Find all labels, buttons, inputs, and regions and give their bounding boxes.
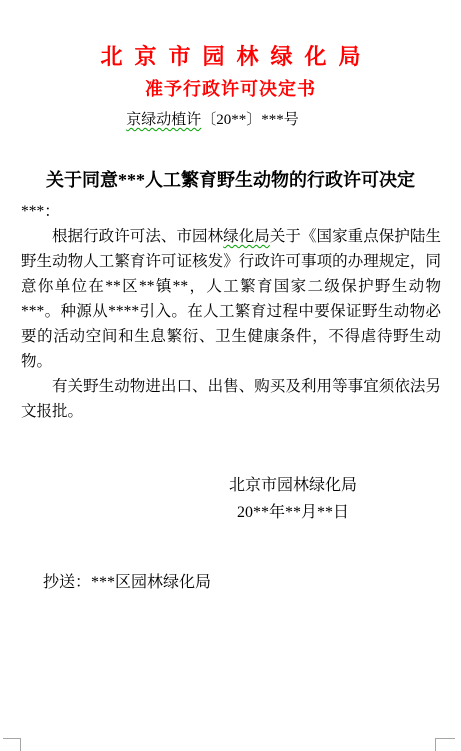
paragraph-1-text-before: 根据行政许可法、市园林 — [52, 228, 223, 245]
salutation-line: ***： — [21, 199, 441, 224]
document-number: 京绿动植许〔20**〕***号 — [0, 112, 443, 128]
cc-line: 抄送：***区园林绿化局 — [0, 572, 461, 594]
document-body: ***： 根据行政许可法、市园林绿化局关于《国家重点保护陆生野生动物人工繁育许可… — [21, 199, 441, 424]
paragraph-2: 有关野生动物进出口、出售、购买及利用等事宜须依法另文报批。 — [21, 374, 441, 424]
document-type-title: 准予行政许可决定书 — [0, 79, 461, 99]
signature-date: 20**年**月**日 — [228, 499, 358, 526]
signature-block: 北京市园林绿化局 20**年**月**日 — [228, 472, 358, 526]
document-number-prefix: 京绿动植许 — [126, 112, 201, 128]
authority-title: 北京市园林绿化局 — [0, 0, 461, 69]
paragraph-1-spellcheck-word: 绿化局 — [223, 228, 270, 245]
document-page: 北京市园林绿化局 准予行政许可决定书 京绿动植许〔20**〕***号 关于同意*… — [0, 0, 461, 751]
page-corner-mark-left — [3, 738, 21, 751]
signature-organization: 北京市园林绿化局 — [228, 472, 358, 499]
paragraph-1-text-after: 关于《国家重点保护陆生野生动物人工繁育许可证核发》行政许可事项的办理规定，同意你… — [21, 228, 441, 370]
subject-heading: 关于同意***人工繁育野生动物的行政许可决定 — [0, 171, 461, 190]
document-number-rest: 〔20**〕***号 — [201, 112, 299, 128]
paragraph-1: 根据行政许可法、市园林绿化局关于《国家重点保护陆生野生动物人工繁育许可证核发》行… — [21, 224, 441, 374]
page-corner-mark-right — [435, 738, 455, 751]
